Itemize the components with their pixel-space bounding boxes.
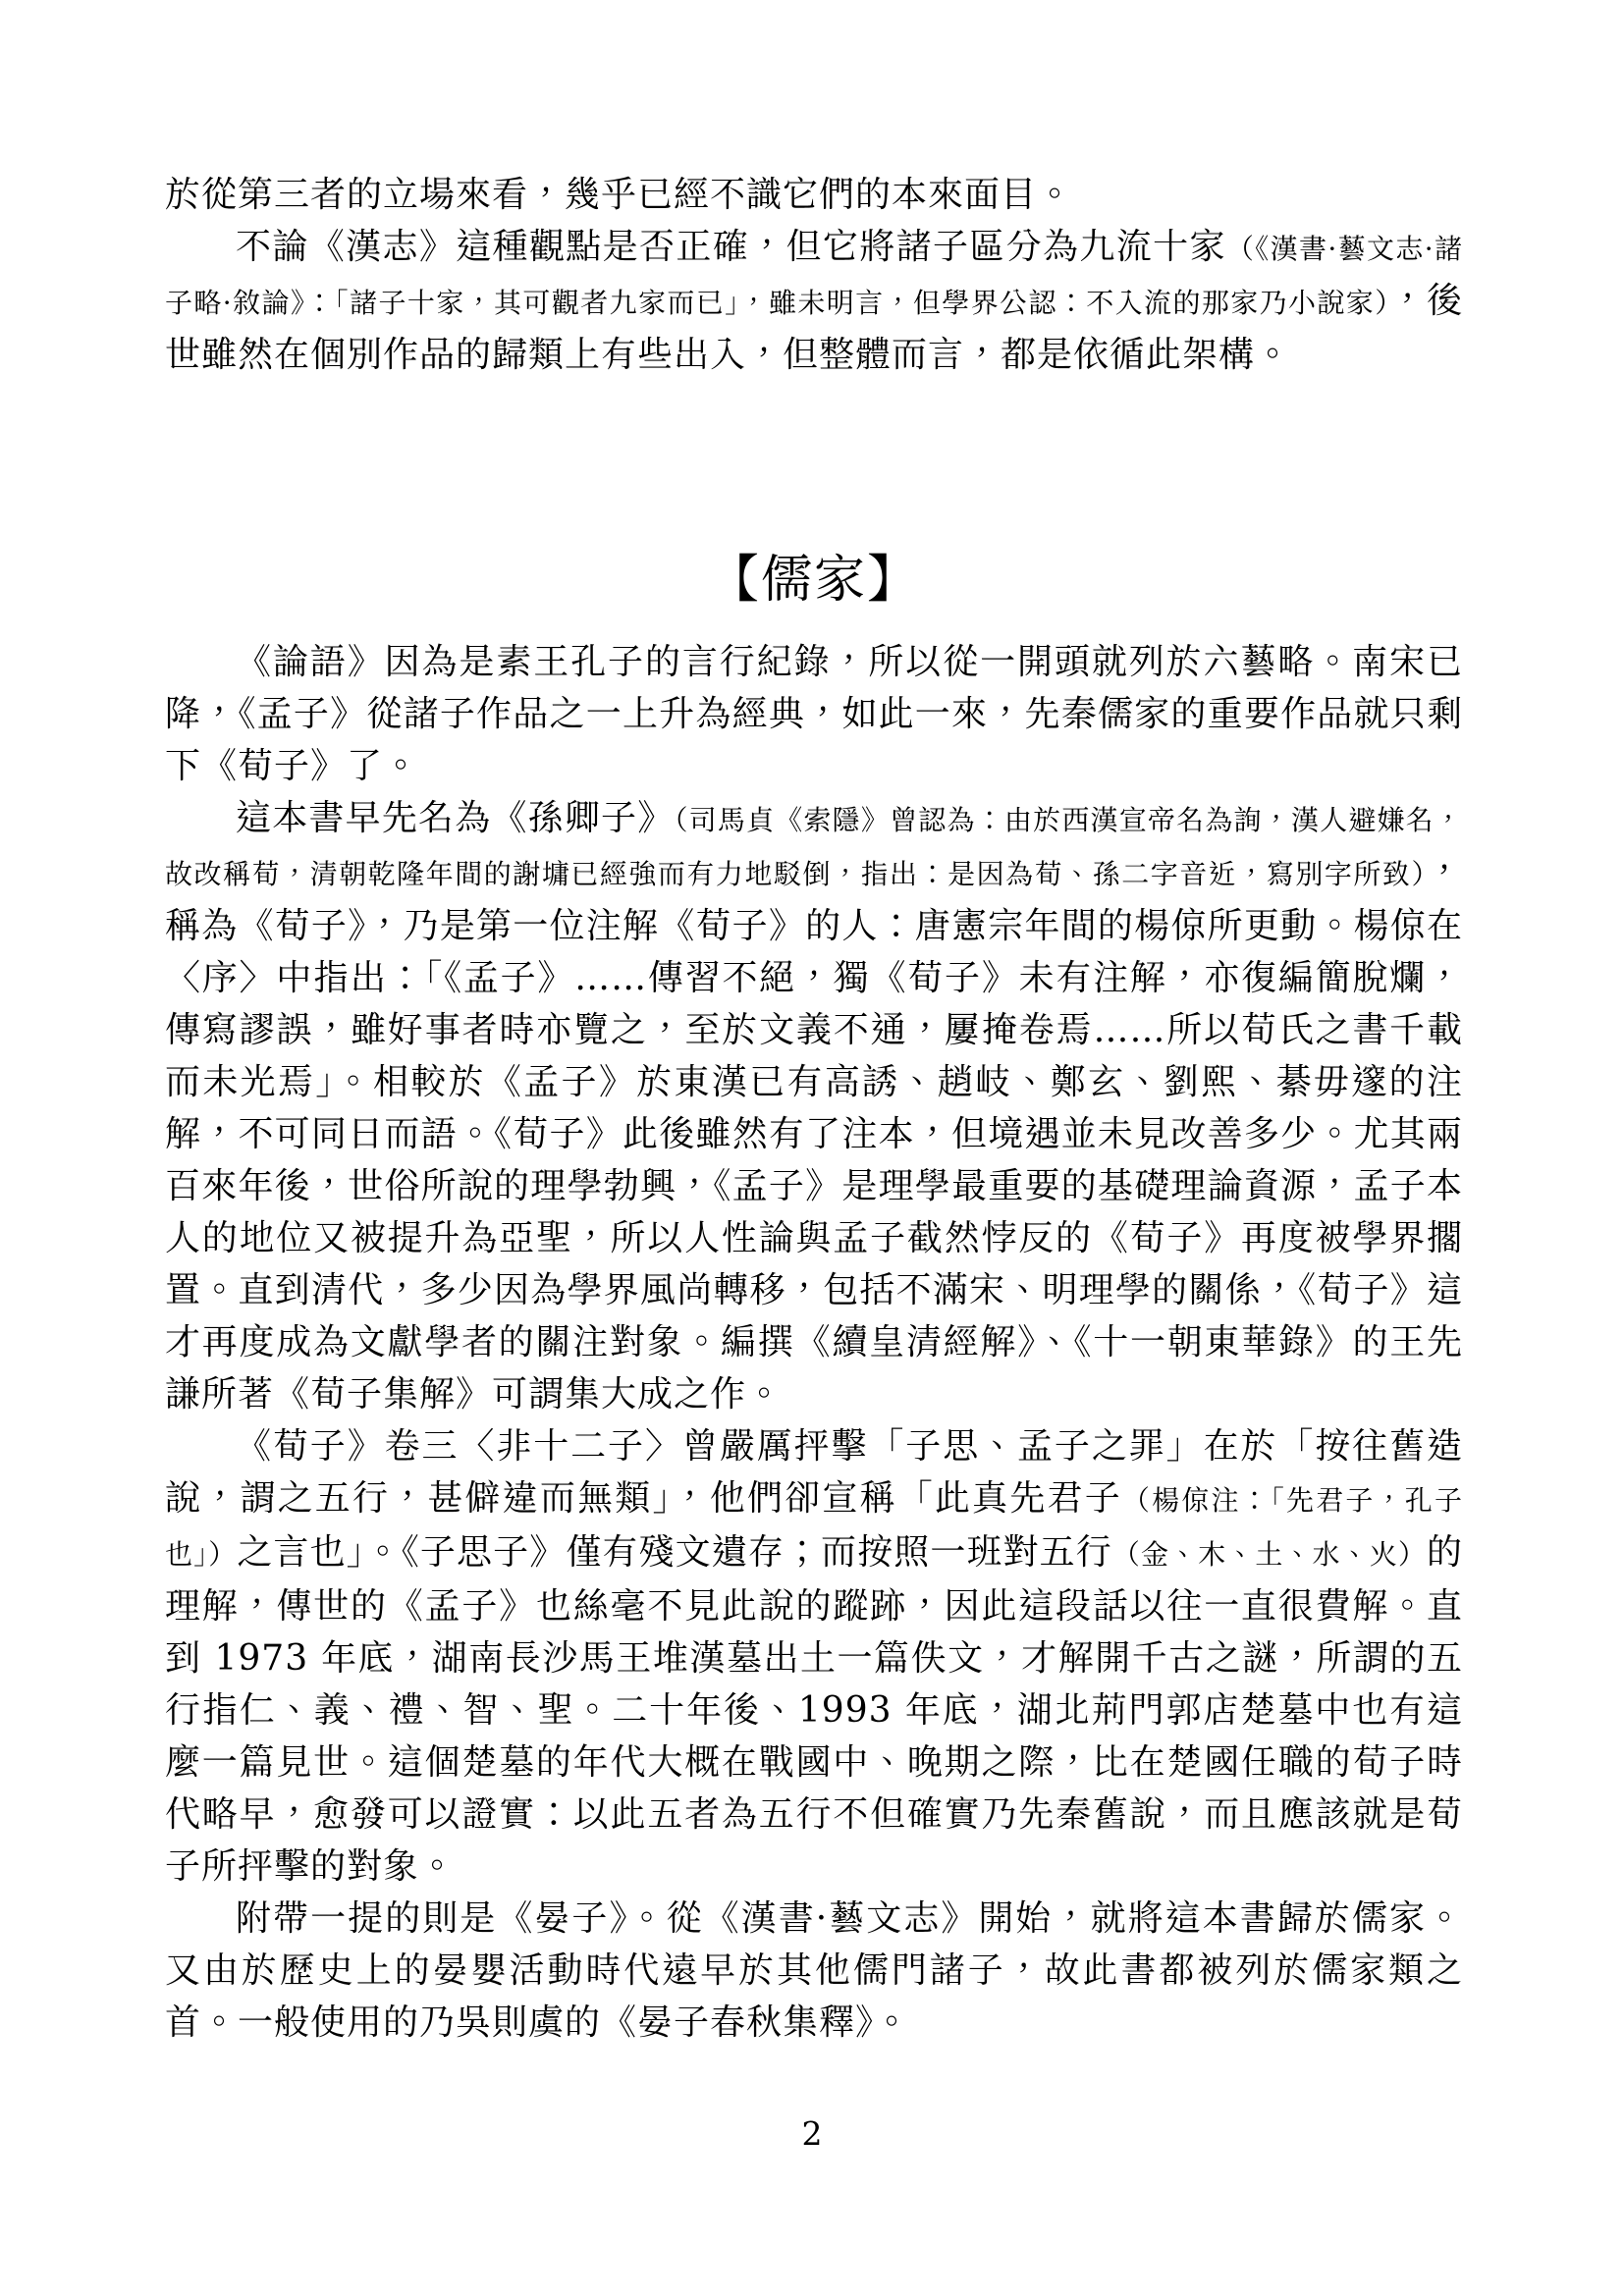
paragraph-xunzi: 這本書早先名為《孫卿子》（司馬貞《索隱》曾認為：由於西漢宣帝名為詢，漢人避嫌名，… (165, 792, 1463, 1420)
paragraph-feishierzi-note-2: （金、木、土、水、火） (1112, 1538, 1427, 1571)
paragraph-feishierzi-text-2: 之言也」。《子思子》僅有殘文遺存；而按照一班對五行 (237, 1532, 1112, 1573)
paragraph-xunzi-text-1: 這本書早先名為《孫卿子》 (236, 798, 674, 838)
paragraph-yanzi: 附帶一提的則是《晏子》。從《漢書·藝文志》開始，就將這本書歸於儒家。又由於歷史上… (165, 1893, 1463, 2049)
paragraph-yanzi-text: 附帶一提的則是《晏子》。從《漢書·藝文志》開始，就將這本書歸於儒家。又由於歷史上… (165, 1898, 1463, 2043)
page-number: 2 (802, 2114, 823, 2153)
paragraph-hanzhi-text-1: 不論《漢志》這種觀點是否正確，但它將諸子區分為九流十家 (236, 227, 1226, 267)
paragraph-feishierzi: 《荀子》卷三〈非十二子〉曾嚴厲抨擊「子思、孟子之罪」在於「按往舊造說，謂之五行，… (165, 1420, 1463, 1893)
paragraph-continuation-text: 於從第三者的立場來看，幾乎已經不識它們的本來面目。 (165, 175, 1073, 215)
page-content: 於從第三者的立場來看，幾乎已經不識它們的本來面目。 不論《漢志》這種觀點是否正確… (165, 169, 1463, 2049)
paragraph-lunyu-text: 《論語》因為是素王孔子的言行紀錄，所以從一開頭就列於六藝略。南宋已降，《孟子》從… (165, 642, 1463, 786)
section-heading-rujia: 【儒家】 (165, 550, 1463, 611)
paragraph-hanzhi: 不論《漢志》這種觀點是否正確，但它將諸子區分為九流十家（《漢書·藝文志·諸子略·… (165, 221, 1463, 381)
document-page: 於從第三者的立場來看，幾乎已經不識它們的本來面目。 不論《漢志》這種觀點是否正確… (0, 0, 1624, 2296)
paragraph-continuation: 於從第三者的立場來看，幾乎已經不識它們的本來面目。 (165, 169, 1463, 221)
page-footer: 2 (0, 2115, 1624, 2153)
paragraph-lunyu: 《論語》因為是素王孔子的言行紀錄，所以從一開頭就列於六藝略。南宋已降，《孟子》從… (165, 636, 1463, 792)
paragraph-feishierzi-text-3: 的理解，傳世的《孟子》也絲毫不見此說的蹤跡，因此這段話以往一直很費解。直到 19… (165, 1532, 1463, 1887)
paragraph-xunzi-text-2: ，稱為《荀子》，乃是第一位注解《荀子》的人：唐憲宗年間的楊倞所更動。楊倞在〈序〉… (165, 852, 1463, 1415)
